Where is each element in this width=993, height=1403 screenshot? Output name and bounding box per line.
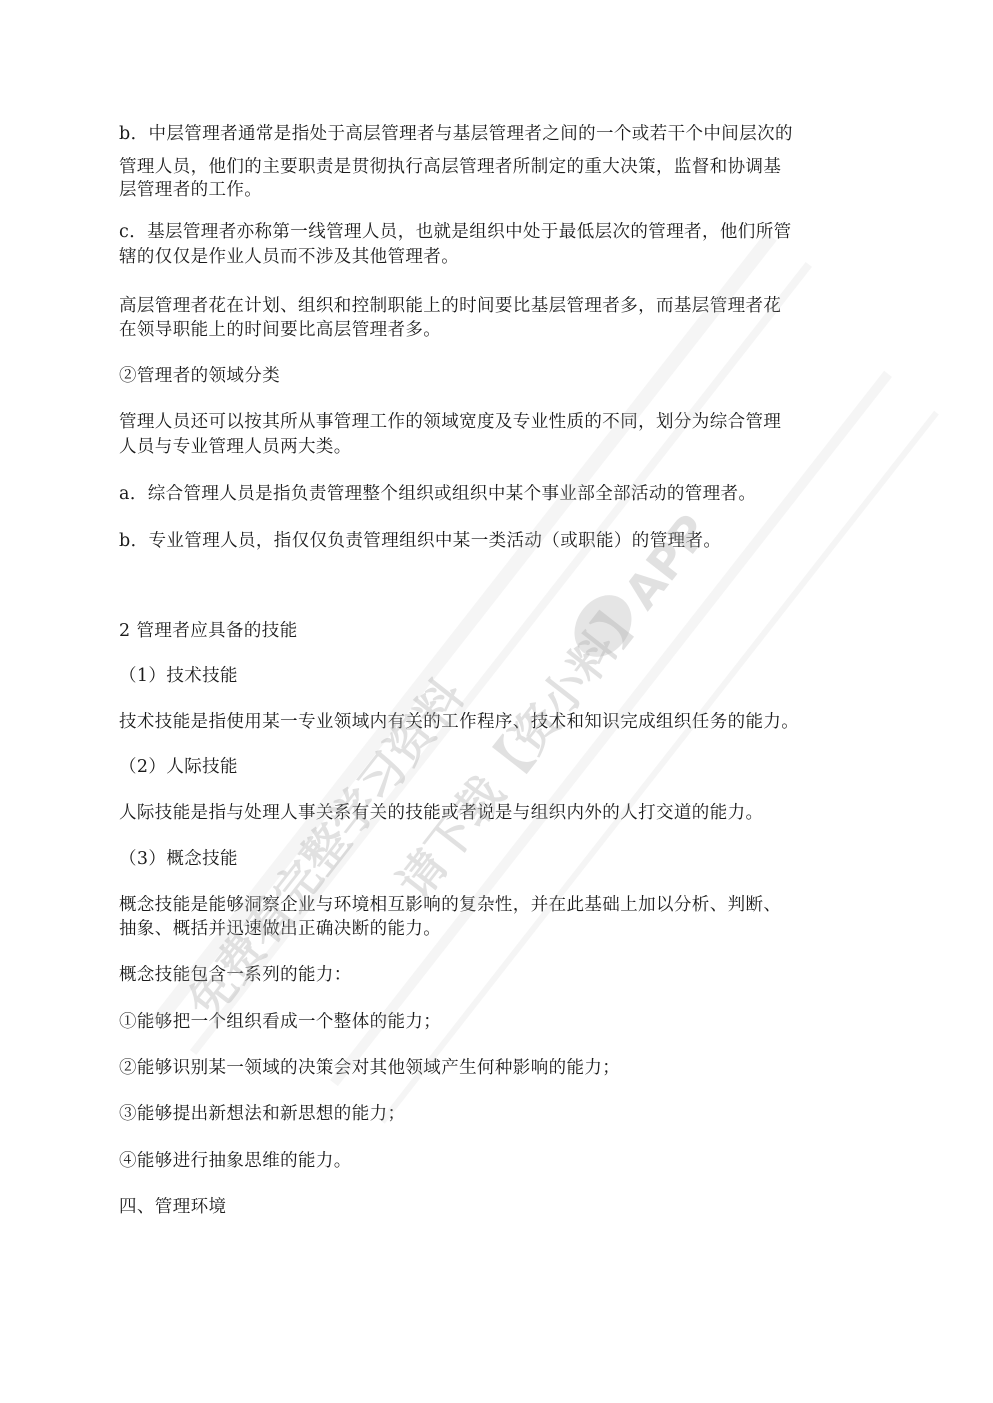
list-item-ability-3: ③能够提出新想法和新思想的能力； [119, 1102, 405, 1126]
paragraph-line-conceptual-2: 抽象、概括并迅速做出正确决断的能力。 [119, 917, 441, 941]
paragraph-line-domain-2: 人员与专业管理人员两大类。 [119, 435, 352, 459]
list-item-ability-4: ④能够进行抽象思维的能力。 [119, 1149, 352, 1173]
list-item-ability-1: ①能够把一个组织看成一个整体的能力； [119, 1010, 441, 1034]
subheading-technical-skill: （1）技术技能 [119, 664, 238, 688]
paragraph-line-b-mid-2: 管理人员，他们的主要职责是贯彻执行高层管理者所制定的重大决策，监督和协调基 [119, 155, 781, 179]
section-heading-skills: 2 管理者应具备的技能 [119, 619, 298, 643]
subheading-domain: ②管理者的领域分类 [119, 364, 280, 388]
paragraph-line-b-mid-1: b．中层管理者通常是指处于高层管理者与基层管理者之间的一个或若干个中间层次的 [119, 122, 793, 146]
paragraph-interpersonal-skill: 人际技能是指与处理人事关系有关的技能或者说是与组织内外的人打交道的能力。 [119, 801, 763, 825]
paragraph-line-b-mid-3: 层管理者的工作。 [119, 178, 262, 202]
list-item-ability-2: ②能够识别某一领域的决策会对其他领域产生何种影响的能力； [119, 1056, 620, 1080]
paragraph-line-domain-1: 管理人员还可以按其所从事管理工作的领域宽度及专业性质的不同，划分为综合管理 [119, 410, 781, 434]
paragraph-line-conceptual-1: 概念技能是能够洞察企业与环境相互影响的复杂性，并在此基础上加以分析、判断、 [119, 893, 781, 917]
paragraph-line-time-2: 在领导职能上的时间要比高层管理者多。 [119, 318, 441, 342]
paragraph-technical-skill: 技术技能是指使用某一专业领域内有关的工作程序、技术和知识完成组织任务的能力。 [119, 710, 799, 734]
paragraph-conceptual-list-intro: 概念技能包含一系列的能力： [119, 963, 352, 987]
document-page: b．中层管理者通常是指处于高层管理者与基层管理者之间的一个或若干个中间层次的 管… [0, 0, 993, 1403]
paragraph-general-manager: a．综合管理人员是指负责管理整个组织或组织中某个事业部全部活动的管理者。 [119, 482, 756, 506]
paragraph-line-c-base-2: 辖的仅仅是作业人员而不涉及其他管理者。 [119, 245, 459, 269]
paragraph-line-time-1: 高层管理者花在计划、组织和控制职能上的时间要比基层管理者多，而基层管理者花 [119, 294, 781, 318]
paragraph-specialist-manager: b．专业管理人员，指仅仅负责管理组织中某一类活动（或职能）的管理者。 [119, 529, 721, 553]
paragraph-line-c-base-1: c．基层管理者亦称第一线管理人员，也就是组织中处于最低层次的管理者，他们所管 [119, 220, 792, 244]
subheading-interpersonal-skill: （2）人际技能 [119, 755, 238, 779]
subheading-conceptual-skill: （3）概念技能 [119, 847, 238, 871]
section-heading-management-environment: 四、管理环境 [119, 1195, 226, 1219]
